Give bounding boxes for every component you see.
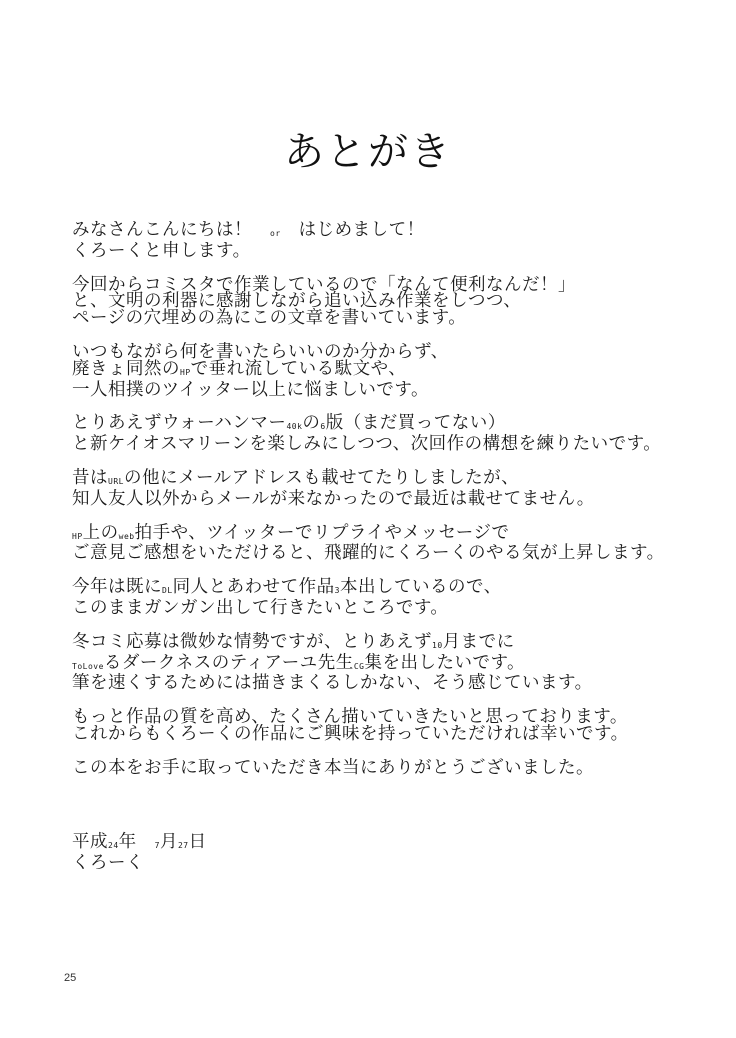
text-line: 一人相撲のツイッター以上に悩ましいです。 xyxy=(72,382,692,399)
paragraph: いつもながら何を書いたらいいのか分からず、廃きょ同然のHPで垂れ流している駄文や… xyxy=(72,344,692,398)
text-run: このままガンガン出して行きたいところです。 xyxy=(72,598,448,618)
inline-small-text: HP xyxy=(180,368,191,377)
inline-small-text: CG xyxy=(354,662,365,671)
text-run: 本出しているので、 xyxy=(340,577,502,597)
text-run: 拍手や、ツイッターでリプライやメッセージで xyxy=(135,523,510,543)
text-run: の他にメールアドレスも載せてたりしましたが、 xyxy=(124,468,519,488)
text-run: ページの穴埋めの為にこの文章を書いています。 xyxy=(72,308,466,328)
text-run: 月 xyxy=(160,832,178,852)
inline-small-text: or xyxy=(270,229,281,238)
inline-small-text: 24 xyxy=(108,841,119,850)
text-run: くろーくと申します。 xyxy=(72,241,251,261)
text-run: 冬コミ応募は微妙な情勢ですが、とりあえず xyxy=(72,632,432,652)
document-page: あとがき みなさんこんにちは！ or はじめまして！くろーくと申します。今回から… xyxy=(0,0,736,1038)
text-line: 筆を速くするためには描きまくるしかない、そう感じています。 xyxy=(72,675,692,692)
inline-small-text: web xyxy=(119,532,135,541)
text-line: 今年は既にDL同人とあわせて作品3本出しているので、 xyxy=(72,579,692,600)
paragraph: みなさんこんにちは！ or はじめまして！くろーくと申します。 xyxy=(72,222,692,260)
text-run: 筆を速くするためには描きまくるしかない、そう感じています。 xyxy=(72,673,593,693)
text-run: はじめまして！ xyxy=(281,220,425,240)
text-line: 廃きょ同然のHPで垂れ流している駄文や、 xyxy=(72,361,692,382)
text-run: 上の xyxy=(83,523,119,543)
text-run: と新ケイオスマリーンを楽しみにしつつ、次回作の構想を練りたいです。 xyxy=(72,434,661,454)
text-run: 月までに xyxy=(443,632,515,652)
inline-small-text: 40k xyxy=(286,422,302,431)
page-number: 25 xyxy=(64,972,76,984)
inline-small-text: HP xyxy=(72,532,83,541)
inline-small-text: URL xyxy=(108,477,124,486)
text-run: るダークネスのティアーユ先生 xyxy=(104,653,354,673)
text-run: 廃きょ同然の xyxy=(72,359,180,379)
text-line: と新ケイオスマリーンを楽しみにしつつ、次回作の構想を練りたいです。 xyxy=(72,436,692,453)
paragraph: HP上のweb拍手や、ツイッターでリプライやメッセージでご意見ご感想をいただける… xyxy=(72,525,692,563)
text-line: これからもくろーくの作品にご興味を持っていただければ幸いです。 xyxy=(72,726,692,743)
paragraph: この本をお手に取っていただき本当にありがとうございました。 xyxy=(72,760,692,777)
signature-author: くろーく xyxy=(72,855,207,872)
text-line: くろーくと申します。 xyxy=(72,243,692,260)
text-run: 昔は xyxy=(72,468,108,488)
text-run: みなさんこんにちは！ xyxy=(72,220,270,240)
signature-date: 平成24年 7月27日 xyxy=(72,834,207,855)
text-run: の xyxy=(302,413,320,433)
text-run: 日 xyxy=(189,832,207,852)
paragraph: もっと作品の質を高め、たくさん描いていきたいと思っております。これからもくろーく… xyxy=(72,709,692,743)
text-run: 今年は既に xyxy=(72,577,162,597)
text-run: で垂れ流している駄文や、 xyxy=(191,359,407,379)
text-run: これからもくろーくの作品にご興味を持っていただければ幸いです。 xyxy=(72,724,629,744)
text-line: ページの穴埋めの為にこの文章を書いています。 xyxy=(72,310,692,327)
text-run: ご意見ご感想をいただけると、飛躍的にくろーくのやる気が上昇します。 xyxy=(72,543,665,563)
paragraph: 昔はURLの他にメールアドレスも載せてたりしましたが、知人友人以外からメールが来… xyxy=(72,470,692,508)
text-line: ToLoveるダークネスのティアーユ先生CG集を出したいです。 xyxy=(72,655,692,676)
text-run: 平成 xyxy=(72,832,108,852)
signature-block: 平成24年 7月27日 くろーく xyxy=(72,834,207,872)
text-run: 年 xyxy=(119,832,155,852)
text-line: みなさんこんにちは！ or はじめまして！ xyxy=(72,222,692,243)
inline-small-text: ToLove xyxy=(72,662,104,671)
text-run: 同人とあわせて作品 xyxy=(173,577,335,597)
text-line: 知人友人以外からメールが来なかったので最近は載せてません。 xyxy=(72,491,692,508)
paragraph: とりあえずウォーハンマー40kの6版（まだ買ってない）と新ケイオスマリーンを楽し… xyxy=(72,415,692,453)
text-run: とりあえずウォーハンマー xyxy=(72,413,286,433)
inline-small-text: 10 xyxy=(432,641,443,650)
text-run: この本をお手に取っていただき本当にありがとうございました。 xyxy=(72,758,594,778)
text-run: 集を出したいです。 xyxy=(364,653,525,673)
paragraph: 今回からコミスタで作業しているので「なんて便利なんだ！」と、文明の利器に感謝しな… xyxy=(72,277,692,327)
text-line: 冬コミ応募は微妙な情勢ですが、とりあえず10月までに xyxy=(72,634,692,655)
text-run: 知人友人以外からメールが来なかったので最近は載せてません。 xyxy=(72,489,595,509)
text-line: 昔はURLの他にメールアドレスも載せてたりしましたが、 xyxy=(72,470,692,491)
text-run: 一人相撲のツイッター以上に悩ましいです。 xyxy=(72,380,429,400)
afterword-body: みなさんこんにちは！ or はじめまして！くろーくと申します。今回からコミスタで… xyxy=(72,222,692,794)
text-line: ご意見ご感想をいただけると、飛躍的にくろーくのやる気が上昇します。 xyxy=(72,545,692,562)
paragraph: 冬コミ応募は微妙な情勢ですが、とりあえず10月までにToLoveるダークネスのテ… xyxy=(72,634,692,692)
inline-small-text: 27 xyxy=(178,841,189,850)
inline-small-text: DL xyxy=(162,586,173,595)
text-line: この本をお手に取っていただき本当にありがとうございました。 xyxy=(72,760,692,777)
text-line: このままガンガン出して行きたいところです。 xyxy=(72,600,692,617)
text-run: 版（まだ買ってない） xyxy=(326,413,506,433)
paragraph: 今年は既にDL同人とあわせて作品3本出しているので、このままガンガン出して行きた… xyxy=(72,579,692,617)
page-title: あとがき xyxy=(0,128,736,176)
